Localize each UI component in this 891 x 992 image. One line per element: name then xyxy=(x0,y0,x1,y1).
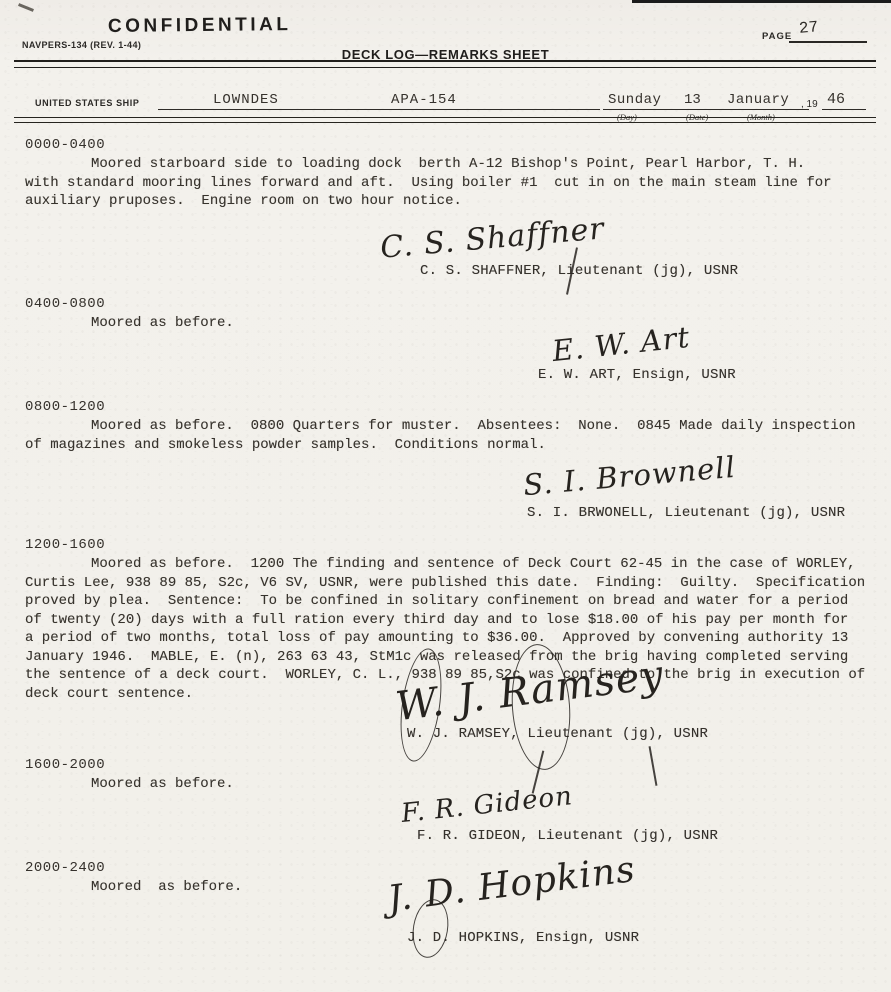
header-rule xyxy=(14,60,876,68)
signature-block-brownell: S. I. Brownell S. I. BRWONELL, Lieutenan… xyxy=(527,505,845,521)
date-underline xyxy=(603,109,809,110)
page-label: PAGE xyxy=(762,31,792,42)
handwritten-signature: C. S. Shaffner xyxy=(379,211,606,265)
handwritten-signature: S. I. Brownell xyxy=(522,450,737,502)
signature-block-shaffner: C. S. Shaffner C. S. SHAFFNER, Lieutenan… xyxy=(420,263,738,279)
classification-stamp: CONFIDENTIAL xyxy=(108,14,292,38)
year-prefix: , 19 xyxy=(801,99,818,110)
entry-text: Moored as before. 0800 Quarters for must… xyxy=(25,417,889,454)
deck-log-remarks-sheet: CONFIDENTIAL PAGE 27 NAVPERS-134 (REV. 1… xyxy=(0,0,891,992)
signature-block-art: E. W. Art E. W. ART, Ensign, USNR xyxy=(538,367,736,383)
log-entry-0400-0800: 0400-0800 Moored as before. xyxy=(25,296,889,333)
date-month: January xyxy=(727,92,789,108)
typed-signature: C. S. SHAFFNER, Lieutenant (jg), USNR xyxy=(420,263,738,279)
scan-edge-line xyxy=(632,0,891,3)
date-day: Sunday xyxy=(608,92,661,108)
date-year: 46 xyxy=(827,91,845,108)
entry-text: Moored as before. xyxy=(25,775,889,794)
ship-label: UNITED STATES SHIP xyxy=(35,98,139,108)
log-entry-0800-1200: 0800-1200 Moored as before. 0800 Quarter… xyxy=(25,399,889,454)
ship-name: LOWNDES xyxy=(213,92,279,108)
typed-signature: S. I. BRWONELL, Lieutenant (jg), USNR xyxy=(527,505,845,521)
entry-time-range: 0800-1200 xyxy=(25,399,889,415)
ship-hull-number: APA-154 xyxy=(391,92,457,108)
year-underline xyxy=(822,109,866,110)
entry-time-range: 0000-0400 xyxy=(25,137,889,153)
entry-time-range: 0400-0800 xyxy=(25,296,889,312)
entry-time-range: 1600-2000 xyxy=(25,757,889,773)
date-number: 13 xyxy=(684,92,701,108)
page-number-underline xyxy=(789,41,867,43)
entry-time-range: 1200-1600 xyxy=(25,537,889,553)
log-entry-1600-2000: 1600-2000 Moored as before. xyxy=(25,757,889,794)
entry-text: Moored as before. xyxy=(25,314,889,333)
typed-signature: F. R. GIDEON, Lieutenant (jg), USNR xyxy=(417,828,718,844)
page-number: 27 xyxy=(798,18,819,38)
signature-block-gideon: F. R. Gideon F. R. GIDEON, Lieutenant (j… xyxy=(417,828,718,844)
log-entry-0000-0400: 0000-0400 Moored starboard side to loadi… xyxy=(25,137,889,211)
typed-signature: E. W. ART, Ensign, USNR xyxy=(538,367,736,383)
entry-text: Moored starboard side to loading dock be… xyxy=(25,155,889,211)
ship-underline xyxy=(158,109,600,110)
header-bottom-rule xyxy=(14,117,876,123)
scan-corner-mark xyxy=(18,3,34,12)
